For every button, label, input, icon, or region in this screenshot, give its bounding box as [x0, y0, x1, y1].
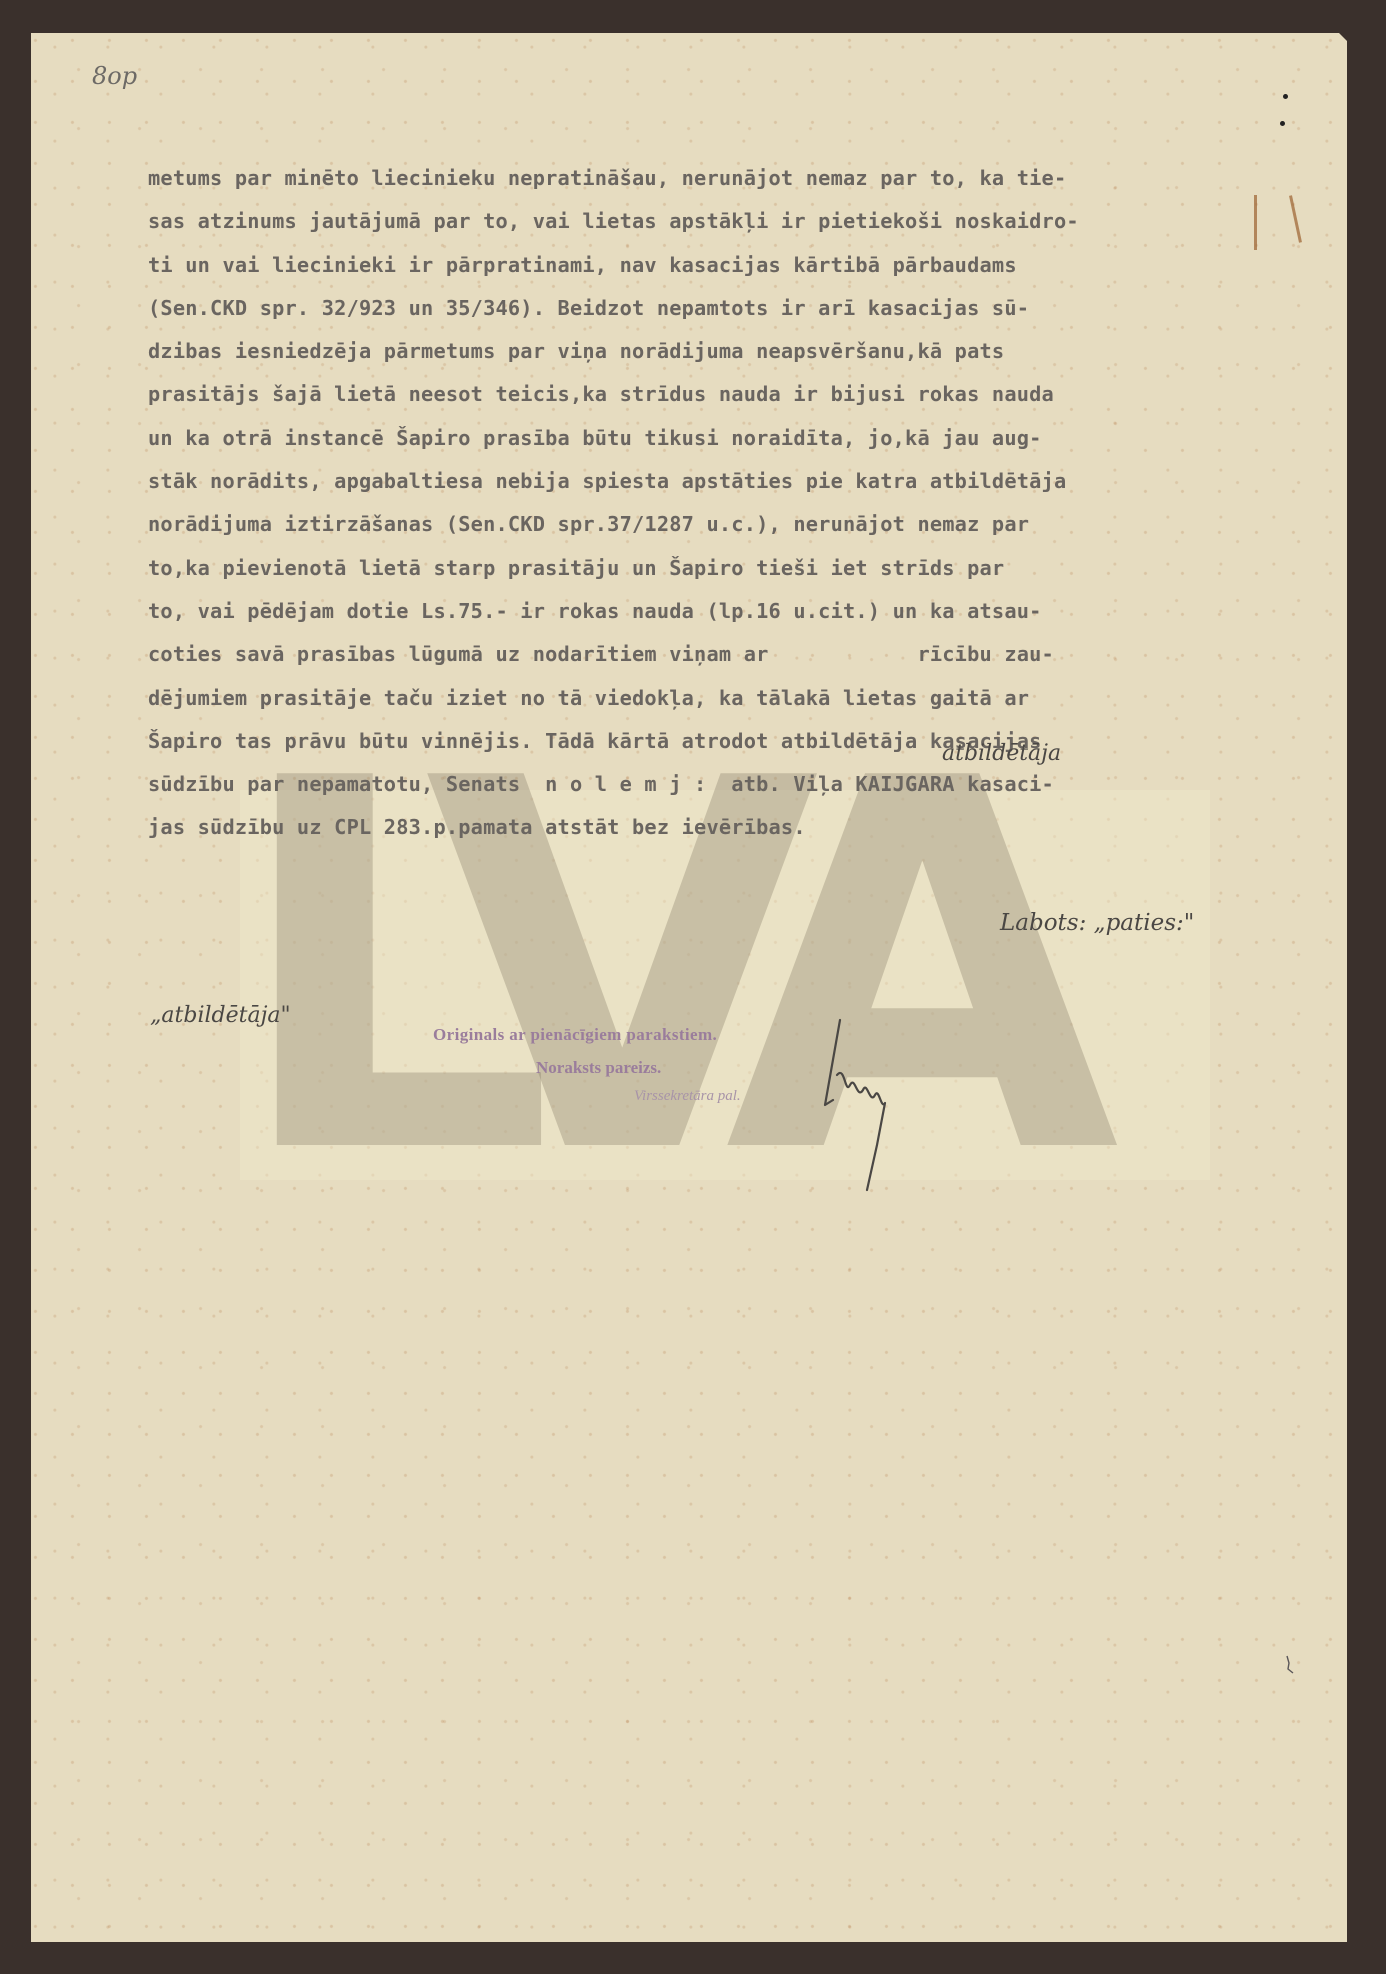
text-line: coties savā prasības lūgumā uz nodarītie… [148, 633, 1328, 676]
text-line: sas atzinums jautājumā par to, vai lieta… [148, 200, 1328, 243]
stamp-original-signatures: Originals ar pienācīgiem parakstiem. [433, 1025, 717, 1045]
page-corner [1338, 32, 1348, 42]
handwritten-insertion: atbildētāja [942, 741, 1061, 766]
text-line: prasitājs šajā lietā neesot teicis,ka st… [148, 373, 1328, 416]
text-line: Šapiro tas prāvu būtu vinnējis. Tādā kār… [148, 720, 1328, 763]
text-line: stāk norādits, apgabaltiesa nebija spies… [148, 460, 1328, 503]
handwritten-correction-note: Labots: „paties:" [1000, 910, 1194, 936]
text-line: jas sūdzību uz CPL 283.p.pamata atstāt b… [148, 806, 1328, 849]
text-line: to,ka pievienotā lietā starp prasitāju u… [148, 547, 1328, 590]
margin-note: 8op [92, 62, 137, 90]
text-line: norādijuma iztirzāšanas (Sen.CKD spr.37/… [148, 503, 1328, 546]
stamp-copy-correct: Noraksts pareizs. [536, 1058, 661, 1078]
text-line: un ka otrā instancē Šapiro prasība būtu … [148, 417, 1328, 460]
text-line: sūdzību par nepamatotu, Senats n o l e m… [148, 763, 1328, 806]
text-line: metums par minēto liecinieku nepratināša… [148, 157, 1328, 200]
ink-dot [1283, 94, 1288, 99]
stamp-secretary-assistant: Virssekretāra pal. [634, 1088, 741, 1105]
text-line: (Sen.CKD spr. 32/923 un 35/346). Beidzot… [148, 287, 1328, 330]
text-line: dējumiem prasitāje taču iziet no tā vied… [148, 677, 1328, 720]
text-line: ti un vai liecinieki ir pārpratinami, na… [148, 244, 1328, 287]
text-line: to, vai pēdējam dotie Ls.75.- ir rokas n… [148, 590, 1328, 633]
pencil-mark-icon [1285, 1655, 1295, 1677]
handwritten-correction-continued: „atbildētāja" [150, 1003, 291, 1028]
signature-icon [815, 1015, 935, 1215]
text-line: dzibas iesniedzēja pārmetums par viņa no… [148, 330, 1328, 373]
typed-body-text: metums par minēto liecinieku nepratināša… [148, 157, 1328, 850]
ink-dot [1280, 121, 1285, 126]
